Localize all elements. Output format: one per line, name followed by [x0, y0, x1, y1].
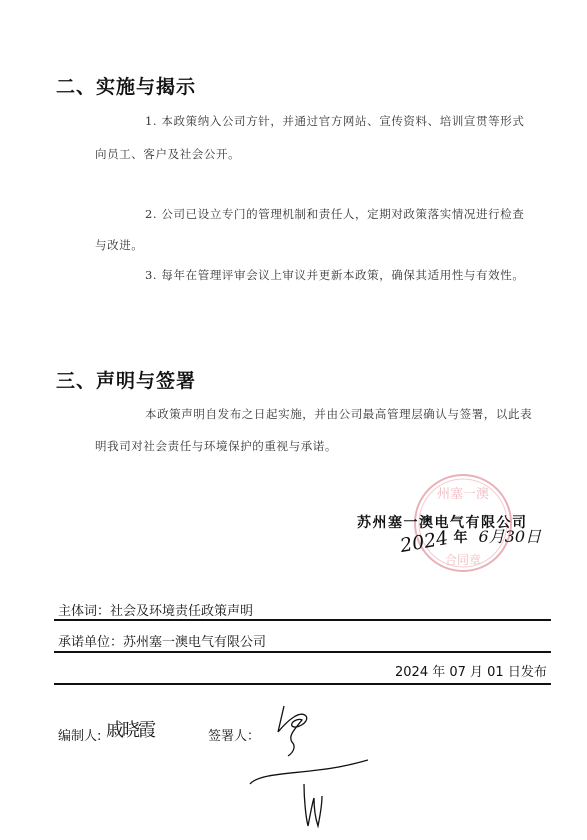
compiler-signature: 戚晓霞	[106, 716, 154, 742]
declaration-line-1: 本政策声明自发布之日起实施，并由公司最高管理层确认与签署，以此表	[145, 406, 532, 422]
handwritten-month-day: 6月30日	[479, 527, 542, 546]
signer-signature	[248, 700, 368, 840]
handwritten-date: 2024 年 6月30日	[400, 530, 541, 553]
declaration-line-2: 明我司对社会责任与环境保护的重视与承诺。	[95, 438, 337, 454]
item-1-line-2: 向员工、客户及社会公开。	[95, 146, 240, 162]
publish-date: 2024 年 07 月 01 日发布	[395, 661, 547, 680]
divider	[54, 651, 551, 653]
handwritten-year: 2024	[398, 527, 449, 557]
item-2-line-1: 2. 公司已设立专门的管理机制和责任人，定期对政策落实情况进行检查	[145, 206, 524, 222]
item-2-line-2: 与改进。	[95, 237, 143, 253]
section-3-heading: 三、声明与签署	[56, 366, 196, 393]
compiler-label: 编制人:	[58, 725, 101, 744]
year-char: 年	[453, 530, 467, 546]
divider	[54, 683, 551, 685]
svg-text:州塞一澳: 州塞一澳	[437, 487, 489, 502]
divider	[54, 619, 551, 621]
svg-text:合同章: 合同章	[445, 552, 481, 567]
item-1-line-1: 1. 本政策纳入公司方针，并通过官方网站、宣传资料、培训宣贯等形式	[145, 113, 524, 129]
committing-unit: 承诺单位：苏州塞一澳电气有限公司	[58, 631, 266, 650]
section-2-heading: 二、实施与揭示	[56, 72, 196, 99]
item-3-line-1: 3. 每年在管理评审会议上审议并更新本政策，确保其适用性与有效性。	[145, 267, 524, 283]
subject-words: 主体词：社会及环境责任政策声明	[58, 600, 253, 619]
